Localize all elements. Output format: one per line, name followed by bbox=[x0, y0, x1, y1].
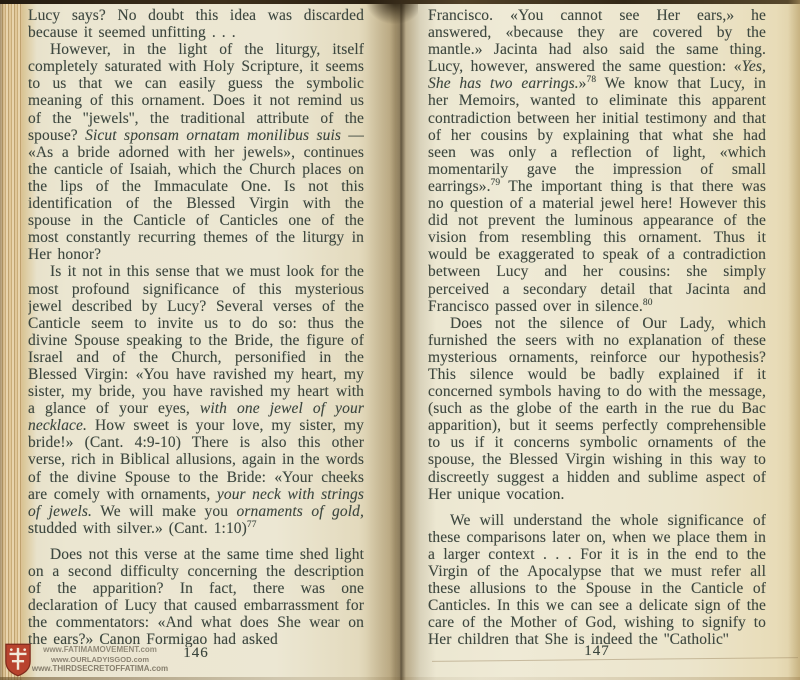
right-page: Francisco. «You cannot see Her ears,» he… bbox=[396, 0, 800, 680]
watermark-line: www.FATIMAMOVEMENT.com bbox=[26, 645, 174, 655]
paragraph: Does not the silence of Our Lady, which … bbox=[428, 315, 766, 503]
page-edge-left bbox=[0, 0, 22, 680]
watermark-line: www.THIRDSECRETOFFATIMA.com bbox=[26, 664, 174, 674]
watermark-line: www.OURLADYISGOD.com bbox=[26, 655, 174, 665]
watermark: www.FATIMAMOVEMENT.com www.OURLADYISGOD.… bbox=[0, 641, 190, 679]
paragraph: Lucy says? No doubt this idea was discar… bbox=[28, 7, 364, 41]
paragraph: However, in the light of the liturgy, it… bbox=[28, 41, 364, 263]
left-page-text: Lucy says? No doubt this idea was discar… bbox=[28, 7, 364, 647]
paragraph: Does not this verse at the same time she… bbox=[28, 546, 364, 647]
left-page: Lucy says? No doubt this idea was discar… bbox=[22, 0, 396, 680]
paragraph: Is it not in this sense that we must loo… bbox=[28, 263, 364, 537]
paragraph: Francisco. «You cannot see Her ears,» he… bbox=[428, 7, 766, 315]
watermark-urls: www.FATIMAMOVEMENT.com www.OURLADYISGOD.… bbox=[26, 645, 174, 674]
page-number-right: 147 bbox=[428, 643, 766, 660]
book-spread: Lucy says? No doubt this idea was discar… bbox=[0, 0, 800, 680]
paragraph: We will understand the whole significanc… bbox=[428, 512, 766, 647]
right-page-text: Francisco. «You cannot see Her ears,» he… bbox=[428, 7, 766, 647]
